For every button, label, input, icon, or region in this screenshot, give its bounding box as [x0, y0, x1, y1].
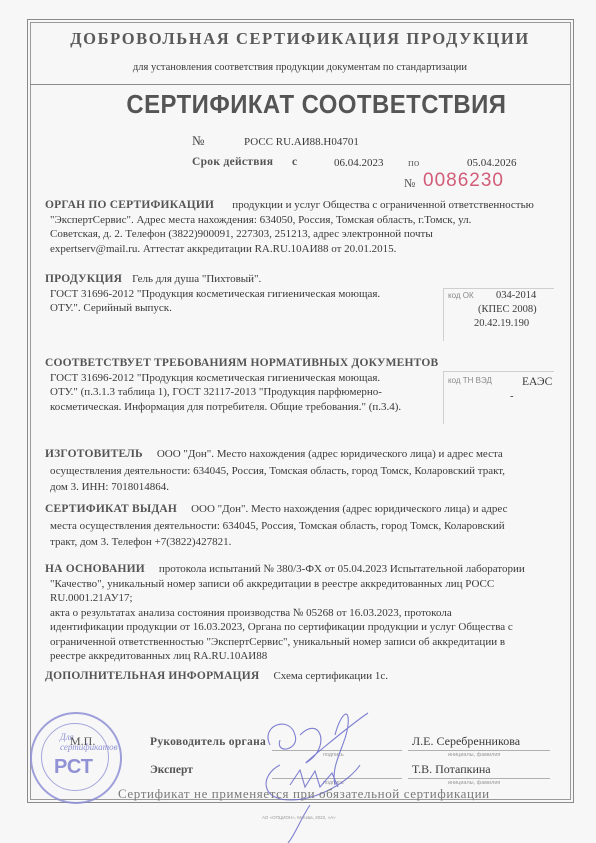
certificate-title: СЕРТИФИКАТ СООТВЕТСТВИЯ	[24, 89, 572, 120]
manufacturer-line-2: осуществления деятельности: 634045, Росс…	[45, 464, 505, 479]
expert-name: Т.В. Потапкина	[412, 762, 491, 777]
manufacturer-line-3: дом 3. ИНН: 7018014864.	[45, 480, 505, 495]
code-ok-line-1: 034-2014	[496, 290, 536, 301]
product-line-3: ОТУ.". Серийный выпуск.	[45, 301, 380, 316]
header-title: ДОБРОВОЛЬНАЯ СЕРТИФИКАЦИЯ ПРОДУКЦИИ	[30, 29, 570, 49]
compliance-line-2: ОТУ." (п.3.1.3 таблица 1), ГОСТ 32117-20…	[45, 385, 438, 400]
basis-line-7: реестре аккредитованных лиц RA.RU.10АИ88	[45, 649, 525, 664]
compliance-line-1: ГОСТ 31696-2012 "Продукция косметическая…	[45, 371, 438, 386]
certification-body-label: ОРГАН ПО СЕРТИФИКАЦИИ	[45, 199, 214, 211]
product-section: ПРОДУКЦИЯГель для душа "Пихтовый". ГОСТ …	[45, 272, 380, 316]
issued-to-line-3: тракт, дом 3. Телефон +7(3822)427821.	[45, 535, 507, 550]
issued-to-section: СЕРТИФИКАТ ВЫДАНООО "Дон". Место нахожде…	[45, 502, 507, 550]
validity-label: Срок действия	[192, 156, 273, 168]
basis-line-5: идентификации продукции от 16.03.2023, О…	[45, 620, 525, 635]
code-tnved-value: ЕАЭС	[522, 376, 552, 388]
product-name: Гель для душа "Пихтовый".	[132, 273, 261, 285]
manufacturer-section: ИЗГОТОВИТЕЛЬООО "Дон". Место нахождения …	[45, 447, 505, 495]
handwritten-signature-icon	[240, 705, 380, 843]
head-name: Л.Е. Серебренникова	[412, 734, 520, 749]
certification-body-section: ОРГАН ПО СЕРТИФИКАЦИИпродукции и услуг О…	[45, 198, 534, 256]
expert-name-line	[408, 778, 550, 779]
printer-imprint: АО «ОПЦИОН», Москва, 2022, «А»	[262, 815, 336, 820]
issued-to-label: СЕРТИФИКАТ ВЫДАН	[45, 503, 177, 515]
code-tnved-label: код ТН ВЭД	[448, 376, 492, 385]
header-divider	[30, 84, 570, 85]
validity-to-label: по	[408, 156, 419, 171]
header-subtitle: для установления соответствия продукции …	[30, 62, 570, 73]
certificate-number: РОСС RU.АИ88.Н04701	[244, 135, 359, 150]
number-label: №	[192, 134, 204, 149]
code-ok-label: код ОК	[448, 291, 474, 300]
compliance-line-3: косметическая. Информация для потребител…	[45, 400, 438, 415]
basis-line-3: RU.0001.21АУ17;	[45, 591, 525, 606]
stamp-place-label: М.П.	[70, 734, 95, 749]
additional-info-label: ДОПОЛНИТЕЛЬНАЯ ИНФОРМАЦИЯ	[45, 670, 259, 682]
product-line-2: ГОСТ 31696-2012 "Продукция косметическая…	[45, 287, 380, 302]
head-name-caption: инициалы, фамилия	[448, 752, 500, 758]
blank-number-label: №	[404, 176, 415, 191]
basis-line-1: протокола испытаний № 380/3-ФХ от 05.04.…	[159, 563, 525, 575]
blank-serial-number: 0086230	[423, 170, 504, 192]
certification-body-line-1: продукции и услуг Общества с ограниченно…	[232, 199, 534, 211]
expert-label: Эксперт	[150, 764, 193, 776]
basis-line-4: акта о результатах анализа состояния про…	[45, 606, 525, 621]
basis-line-6: ограниченной ответственностью "ЭкспертСе…	[45, 635, 525, 650]
code-ok-box: код ОК 034-2014 (КПЕС 2008) 20.42.19.190	[443, 288, 554, 341]
certification-body-line-4: expertserv@mail.ru. Аттестат аккредитаци…	[45, 242, 534, 257]
mandatory-certification-note: Сертификат не применяется при обязательн…	[118, 786, 490, 802]
valid-to-date: 05.04.2026	[467, 156, 517, 171]
code-ok-line-2: (КПЕС 2008)	[478, 304, 537, 315]
basis-line-2: "Качество", уникальный номер записи об а…	[45, 577, 525, 592]
additional-info-section: ДОПОЛНИТЕЛЬНАЯ ИНФОРМАЦИЯСхема сертифика…	[45, 669, 388, 684]
manufacturer-label: ИЗГОТОВИТЕЛЬ	[45, 448, 143, 460]
rst-logo-icon: РСТ	[54, 756, 93, 779]
basis-section: НА ОСНОВАНИИпротокола испытаний № 380/3-…	[45, 562, 525, 664]
compliance-label: СООТВЕТСТВУЕТ ТРЕБОВАНИЯМ НОРМАТИВНЫХ ДО…	[45, 356, 438, 371]
certification-stamp: Для сертификатов РСТ	[30, 712, 122, 804]
valid-from-date: 06.04.2023	[334, 156, 384, 171]
code-tnved-box: код ТН ВЭД ЕАЭС -	[443, 371, 554, 424]
issued-to-line-1: ООО "Дон". Место нахождения (адрес юриди…	[191, 503, 507, 515]
compliance-section: СООТВЕТСТВУЕТ ТРЕБОВАНИЯМ НОРМАТИВНЫХ ДО…	[45, 356, 438, 414]
code-tnved-extra: -	[510, 391, 514, 402]
product-label: ПРОДУКЦИЯ	[45, 273, 122, 285]
head-name-line	[408, 750, 550, 751]
certification-body-line-2: "ЭкспертСервис". Адрес места нахождения:…	[45, 213, 534, 228]
additional-info-text: Схема сертификации 1с.	[273, 670, 388, 682]
basis-label: НА ОСНОВАНИИ	[45, 563, 145, 575]
code-ok-line-3: 20.42.19.190	[474, 318, 529, 329]
manufacturer-line-1: ООО "Дон". Место нахождения (адрес юриди…	[157, 448, 503, 460]
validity-from-label: с	[292, 156, 297, 168]
certification-body-line-3: Советская, д. 2. Телефон (3822)900091, 2…	[45, 227, 534, 242]
issued-to-line-2: места осуществления деятельности: 634045…	[45, 519, 507, 534]
